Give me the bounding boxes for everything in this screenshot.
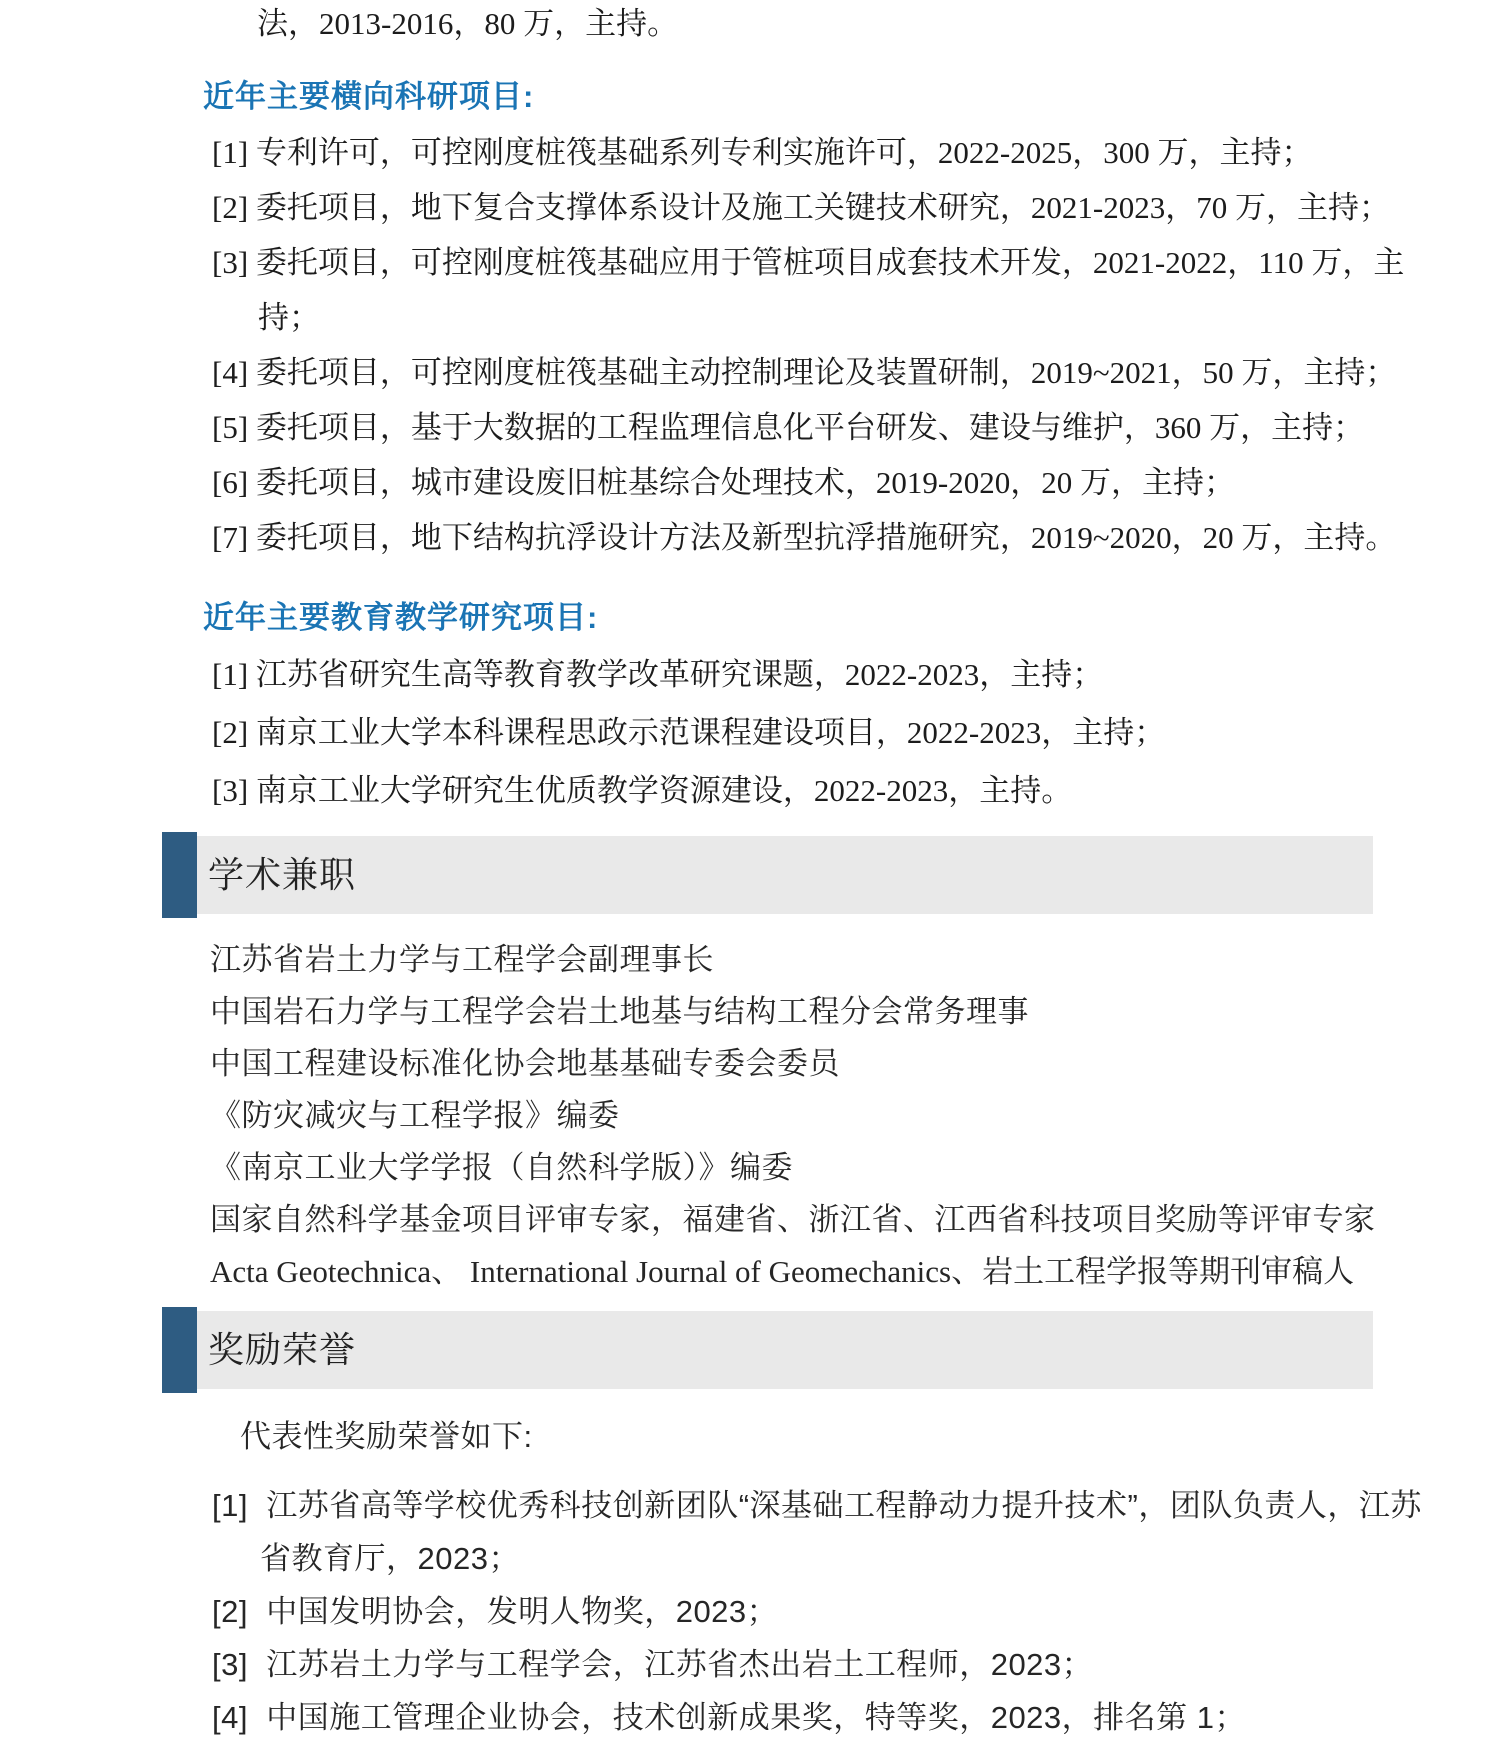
item-marker: [7] <box>212 520 248 555</box>
awards-intro-line: 代表性奖励荣誉如下: <box>240 1415 1500 1459</box>
item-text: 委托项目，可控刚度桩筏基础主动控制理论及装置研制，2019~2021，50 万，… <box>256 355 1397 390</box>
project-item: [1] 江苏省研究生高等教育教学改革研究课题，2022-2023，主持； <box>212 646 1442 704</box>
item-text: 江苏省研究生高等教育教学改革研究课题，2022-2023，主持； <box>256 657 1103 692</box>
award-item: [1] 江苏省高等学校优秀科技创新团队“深基础工程静动力提升技术”，团队负责人，… <box>212 1479 1437 1585</box>
project-item: [2] 委托项目，地下复合支撑体系设计及施工关键技术研究，2021-2023，7… <box>212 180 1442 235</box>
position-item: 中国工程建设标准化协会地基基础专委会委员 <box>210 1038 1440 1090</box>
banner-background: 奖励荣誉 <box>197 1311 1373 1389</box>
item-marker: [3] <box>212 773 248 808</box>
item-text: 委托项目，地下结构抗浮设计方法及新型抗浮措施研究，2019~2020，20 万，… <box>256 520 1397 555</box>
position-item: Acta Geotechnica、 International Journal … <box>210 1246 1440 1298</box>
award-item: [3] 江苏岩土力学与工程学会，江苏省杰出岩土工程师，2023； <box>212 1638 1437 1691</box>
heading-horizontal-projects: 近年主要横向科研项目: <box>203 76 1500 118</box>
item-marker: [3] <box>212 245 248 280</box>
item-marker: [4] <box>212 1700 248 1735</box>
project-item: [6] 委托项目，城市建设废旧桩基综合处理技术，2019-2020，20 万，主… <box>212 455 1442 510</box>
section-banner-awards: 奖励荣誉 <box>162 1307 1373 1393</box>
item-marker: [2] <box>212 1594 248 1629</box>
project-item: [4] 委托项目，可控刚度桩筏基础主动控制理论及装置研制，2019~2021，5… <box>212 345 1442 400</box>
section-title-awards: 奖励荣誉 <box>197 1311 1373 1389</box>
item-text: 中国施工管理企业协会，技术创新成果奖，特等奖，2023，排名第 1； <box>266 1700 1246 1735</box>
academic-positions-list: 江苏省岩土力学与工程学会副理事长 中国岩石力学与工程学会岩土地基与结构工程分会常… <box>210 934 1440 1298</box>
item-text: 委托项目，基于大数据的工程监理信息化平台研发、建设与维护，360 万，主持； <box>256 410 1364 445</box>
item-marker: [4] <box>212 355 248 390</box>
item-text: 委托项目，城市建设废旧桩基综合处理技术，2019-2020，20 万，主持； <box>256 465 1235 500</box>
position-item: 国家自然科学基金项目评审专家，福建省、浙江省、江西省科技项目奖励等评审专家 <box>210 1194 1440 1246</box>
award-item: [2] 中国发明协会，发明人物奖，2023； <box>212 1585 1437 1638</box>
section-title-academic-positions: 学术兼职 <box>197 836 1373 914</box>
banner-accent-bar <box>162 832 197 918</box>
item-text: 江苏岩土力学与工程学会，江苏省杰出岩土工程师，2023； <box>266 1647 1093 1682</box>
position-item: 中国岩石力学与工程学会岩土地基与结构工程分会常务理事 <box>210 986 1440 1038</box>
item-marker: [1] <box>212 657 248 692</box>
awards-list: [1] 江苏省高等学校优秀科技创新团队“深基础工程静动力提升技术”，团队负责人，… <box>212 1479 1437 1744</box>
previous-project-continuation-line: 法，2013-2016，80 万，主持。 <box>257 2 1437 46</box>
horizontal-projects-list: [1] 专利许可，可控刚度桩筏基础系列专利实施许可，2022-2025，300 … <box>212 125 1442 565</box>
project-item: [5] 委托项目，基于大数据的工程监理信息化平台研发、建设与维护，360 万，主… <box>212 400 1442 455</box>
project-item: [7] 委托项目，地下结构抗浮设计方法及新型抗浮措施研究，2019~2020，2… <box>212 510 1442 565</box>
project-item: [3] 南京工业大学研究生优质教学资源建设，2022-2023，主持。 <box>212 762 1442 820</box>
award-item: [4] 中国施工管理企业协会，技术创新成果奖，特等奖，2023，排名第 1； <box>212 1691 1437 1744</box>
item-text: 中国发明协会，发明人物奖，2023； <box>266 1594 778 1629</box>
item-marker: [2] <box>212 715 248 750</box>
project-item: [1] 专利许可，可控刚度桩筏基础系列专利实施许可，2022-2025，300 … <box>212 125 1442 180</box>
item-marker: [1] <box>212 1488 248 1523</box>
position-item: 《南京工业大学学报（自然科学版）》编委 <box>210 1142 1440 1194</box>
item-marker: [2] <box>212 190 248 225</box>
banner-accent-bar <box>162 1307 197 1393</box>
item-text: 南京工业大学研究生优质教学资源建设，2022-2023，主持。 <box>256 773 1072 808</box>
item-text: 南京工业大学本科课程思政示范课程建设项目，2022-2023，主持； <box>256 715 1165 750</box>
section-banner-academic-positions: 学术兼职 <box>162 832 1373 918</box>
project-item: [2] 南京工业大学本科课程思政示范课程建设项目，2022-2023，主持； <box>212 704 1442 762</box>
banner-background: 学术兼职 <box>197 836 1373 914</box>
item-marker: [6] <box>212 465 248 500</box>
item-text: 江苏省高等学校优秀科技创新团队“深基础工程静动力提升技术”，团队负责人，江苏省教… <box>260 1488 1422 1576</box>
faculty-profile-page: 法，2013-2016，80 万，主持。 近年主要横向科研项目: [1] 专利许… <box>0 0 1500 1748</box>
position-item: 江苏省岩土力学与工程学会副理事长 <box>210 934 1440 986</box>
heading-education-projects: 近年主要教育教学研究项目: <box>203 597 1500 639</box>
item-text: 委托项目，地下复合支撑体系设计及施工关键技术研究，2021-2023，70 万，… <box>256 190 1390 225</box>
item-marker: [1] <box>212 135 248 170</box>
item-marker: [5] <box>212 410 248 445</box>
education-projects-list: [1] 江苏省研究生高等教育教学改革研究课题，2022-2023，主持； [2]… <box>212 646 1442 820</box>
item-text: 专利许可，可控刚度桩筏基础系列专利实施许可，2022-2025，300 万，主持… <box>256 135 1313 170</box>
item-text: 委托项目，可控刚度桩筏基础应用于管桩项目成套技术开发，2021-2022，110… <box>256 245 1404 335</box>
item-marker: [3] <box>212 1647 248 1682</box>
position-item: 《防灾减灾与工程学报》编委 <box>210 1090 1440 1142</box>
project-item: [3] 委托项目，可控刚度桩筏基础应用于管桩项目成套技术开发，2021-2022… <box>212 235 1442 345</box>
